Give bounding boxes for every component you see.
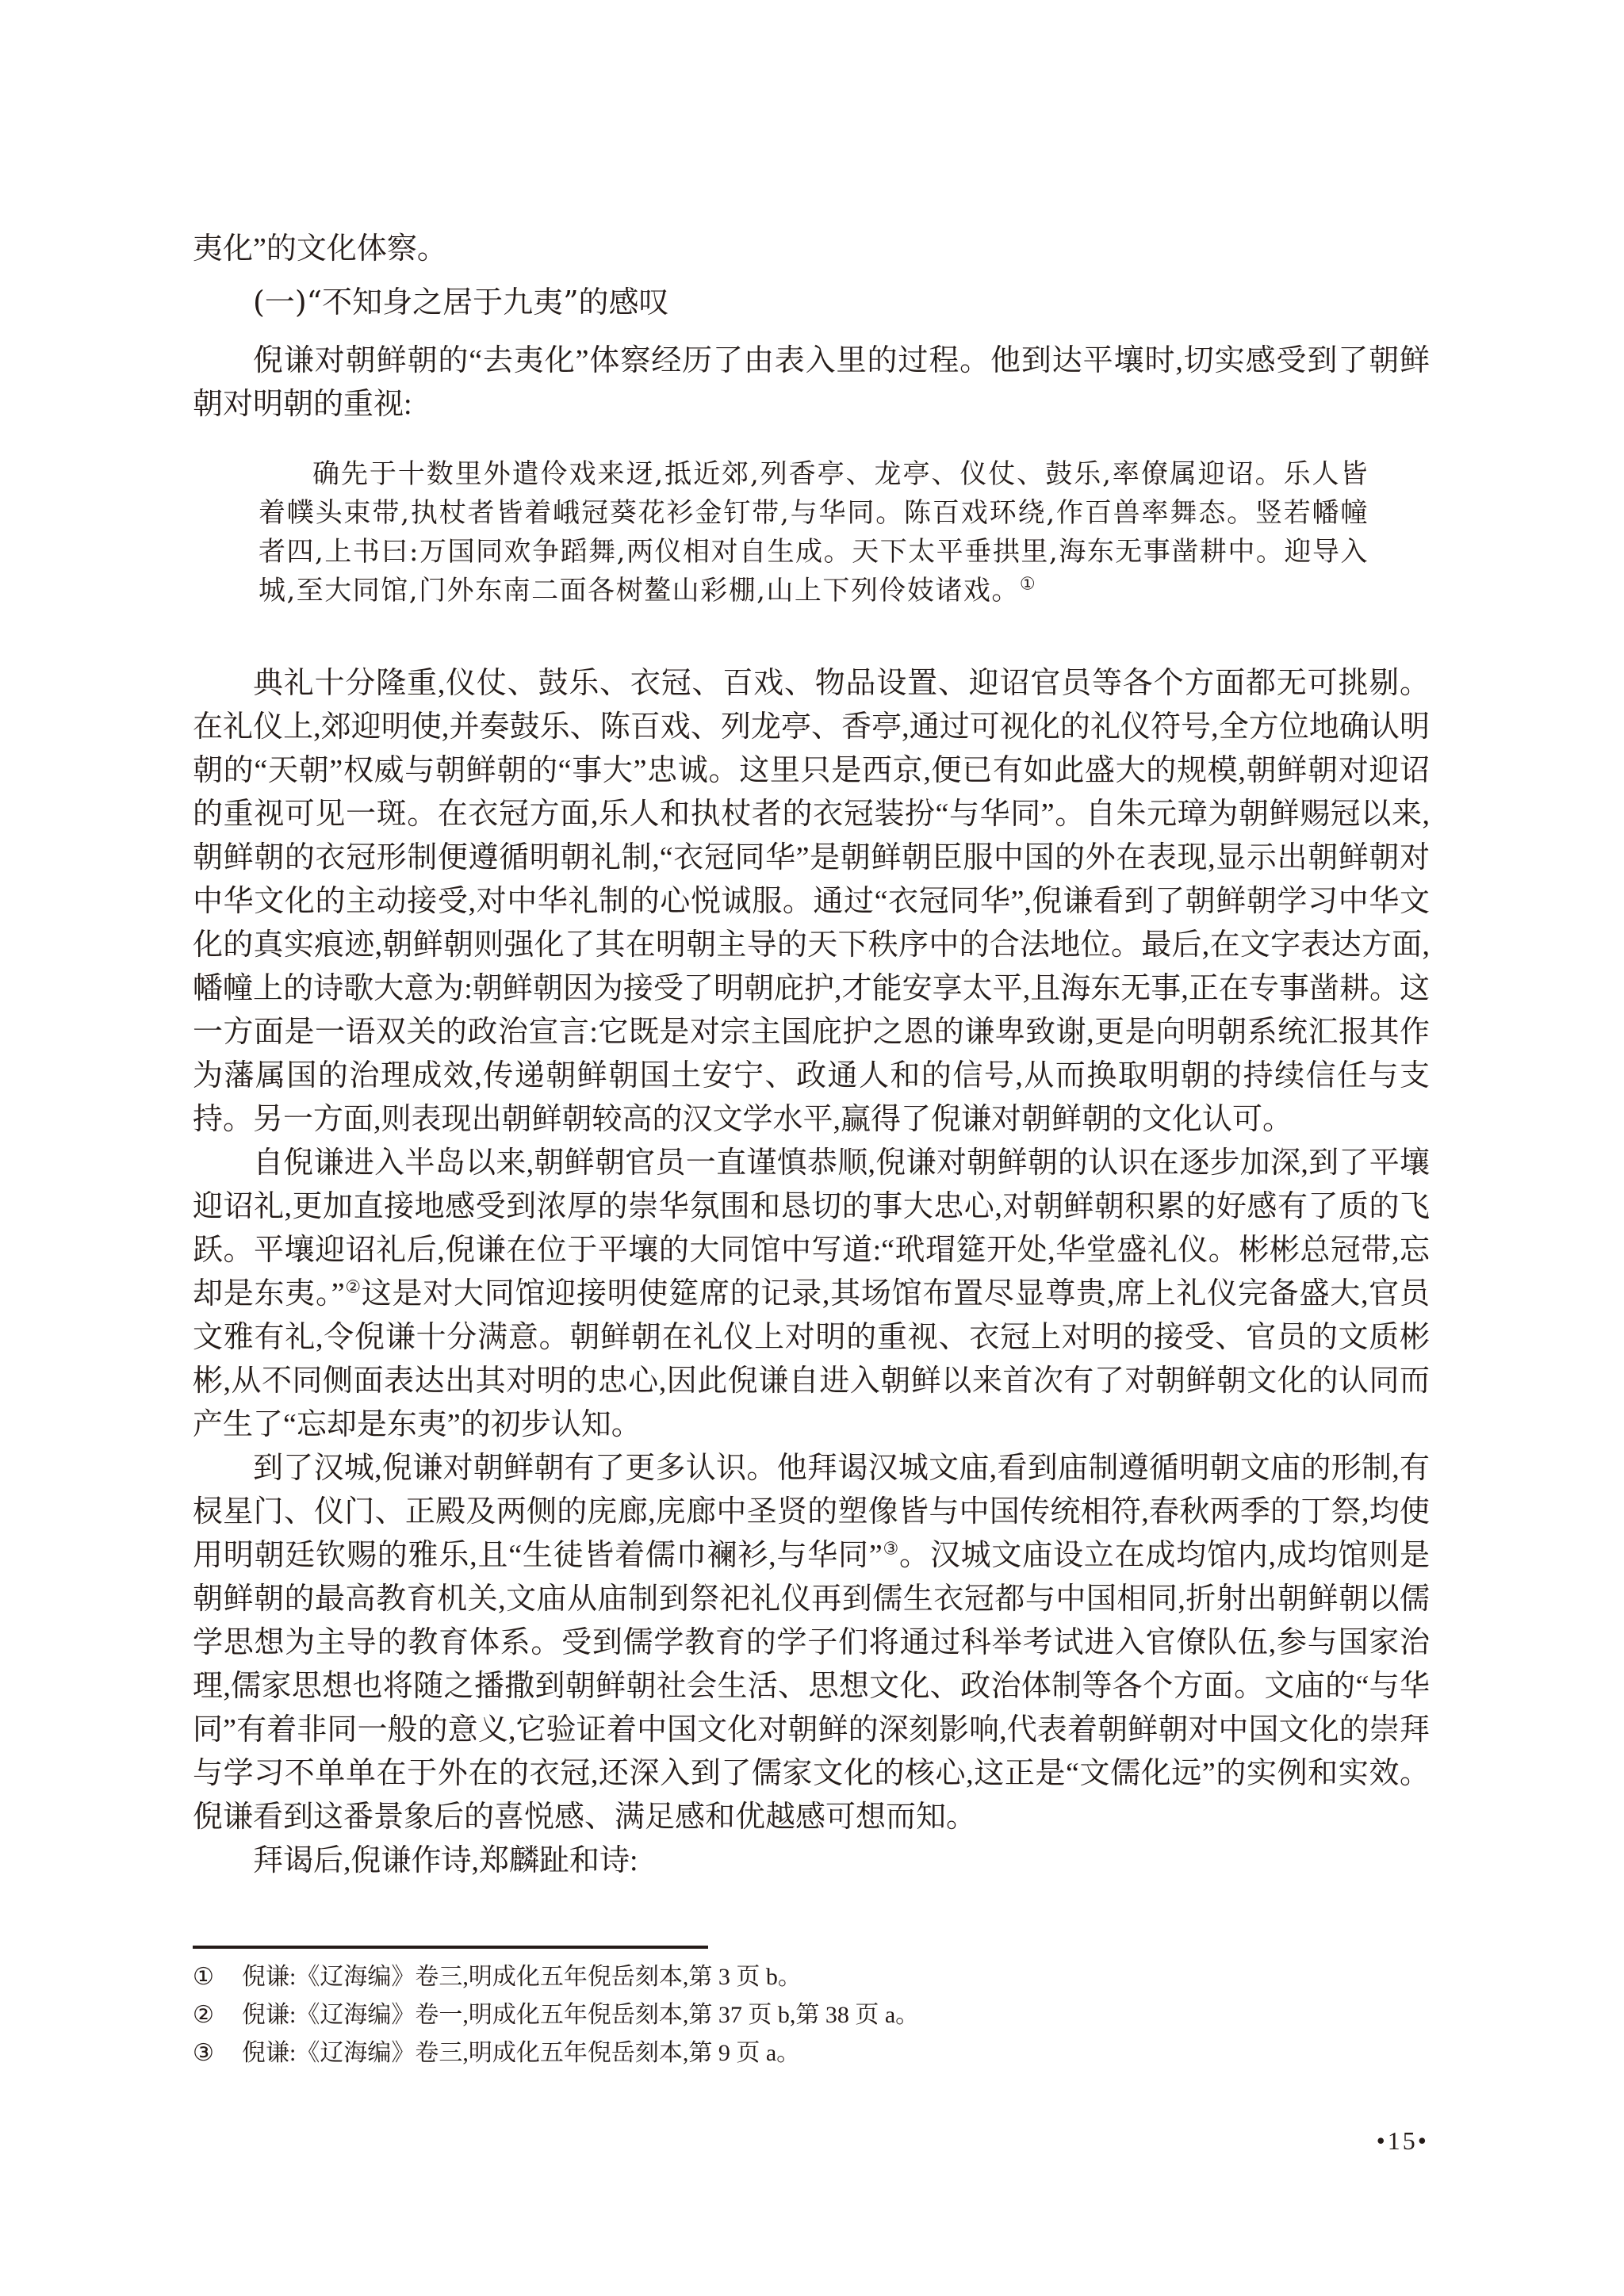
paragraph-hanseong: 到了汉城,倪谦对朝鲜朝有了更多认识。他拜谒汉城文庙,看到庙制遵循明朝文庙的形制,…: [193, 1447, 1430, 1839]
block-quote: 确先于十数里外遣伶戏来迓,抵近郊,列香亭、龙亭、仪仗、鼓乐,率僚属迎诏。乐人皆着…: [259, 455, 1369, 610]
footnote-marker: ③: [193, 2034, 242, 2072]
footnote-ref-3: ③: [883, 1538, 899, 1558]
paragraph-hanseong-text-after: 。汉城文庙设立在成均馆内,成均馆则是朝鲜朝的最高教育机关,文庙从庙制到祭祀礼仪再…: [193, 1539, 1430, 1834]
footnote-text: 倪谦:《辽海编》卷一,明成化五年倪岳刻本,第 37 页 b,第 38 页 a。: [242, 1996, 1430, 2034]
footnotes-section: ① 倪谦:《辽海编》卷三,明成化五年倪岳刻本,第 3 页 b。 ② 倪谦:《辽海…: [193, 1946, 1430, 2072]
footnote-marker: ①: [193, 1958, 242, 1996]
article-body: 夷化”的文化体察。 (一)“不知身之居于九夷”的感叹 倪谦对朝鲜朝的“去夷化”体…: [193, 228, 1430, 1883]
paragraph-pyongyang-text-after: 这是对大同馆迎接明使筵席的记录,其场馆布置尽显尊贵,席上礼仪完备盛大,官员文雅有…: [193, 1277, 1430, 1441]
footnote-item: ① 倪谦:《辽海编》卷三,明成化五年倪岳刻本,第 3 页 b。: [193, 1958, 1430, 1996]
paragraph-pyongyang: 自倪谦进入半岛以来,朝鲜朝官员一直谨慎恭顺,倪谦对朝鲜朝的认识在逐步加深,到了平…: [193, 1142, 1430, 1447]
footnote-ref-1: ①: [1020, 575, 1036, 595]
footnote-text: 倪谦:《辽海编》卷三,明成化五年倪岳刻本,第 3 页 b。: [242, 1958, 1430, 1996]
page-number: •15•: [1377, 2126, 1429, 2156]
paragraph-intro: 倪谦对朝鲜朝的“去夷化”体察经历了由表入里的过程。他到达平壤时,切实感受到了朝鲜…: [193, 339, 1430, 427]
footnote-text: 倪谦:《辽海编》卷三,明成化五年倪岳刻本,第 9 页 a。: [242, 2034, 1430, 2072]
quote-text: 确先于十数里外遣伶戏来迓,抵近郊,列香亭、龙亭、仪仗、鼓乐,率僚属迎诏。乐人皆着…: [259, 458, 1369, 607]
footnote-item: ② 倪谦:《辽海编》卷一,明成化五年倪岳刻本,第 37 页 b,第 38 页 a…: [193, 1996, 1430, 2034]
paragraph-ceremony: 典礼十分隆重,仪仗、鼓乐、衣冠、百戏、物品设置、迎诏官员等各个方面都无可挑剔。在…: [193, 662, 1430, 1142]
footnote-ref-2: ②: [345, 1276, 362, 1296]
footnote-marker: ②: [193, 1996, 242, 2034]
section-heading: (一)“不知身之居于九夷”的感叹: [193, 281, 1430, 324]
footnote-separator-rule: [193, 1946, 708, 1949]
footnote-item: ③ 倪谦:《辽海编》卷三,明成化五年倪岳刻本,第 9 页 a。: [193, 2034, 1430, 2072]
paragraph-closing: 拜谒后,倪谦作诗,郑麟趾和诗:: [193, 1839, 1430, 1883]
opening-paragraph-continuation: 夷化”的文化体察。: [193, 228, 1430, 271]
document-page: 夷化”的文化体察。 (一)“不知身之居于九夷”的感叹 倪谦对朝鲜朝的“去夷化”体…: [0, 0, 1624, 2296]
